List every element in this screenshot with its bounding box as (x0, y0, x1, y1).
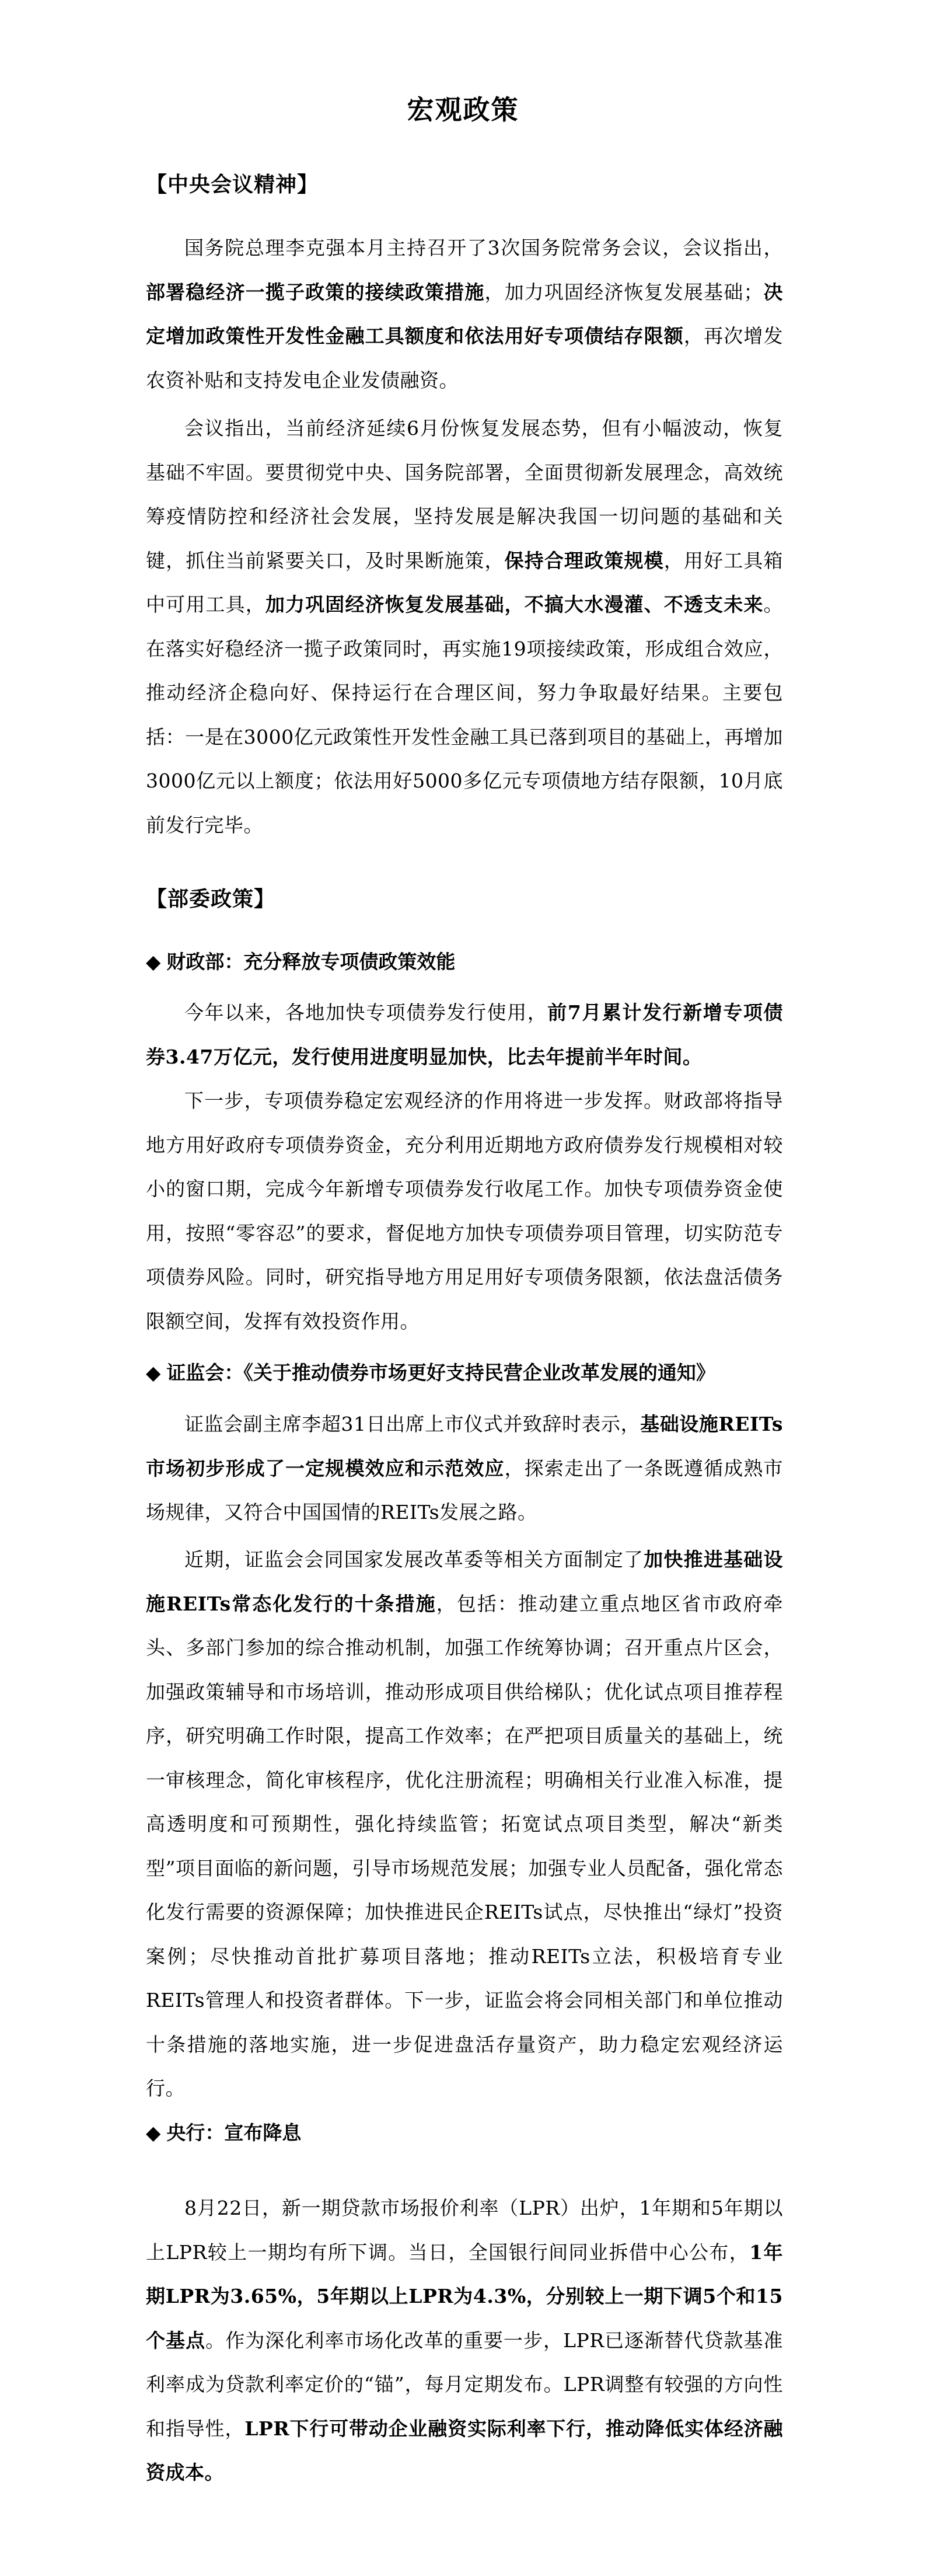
paragraph-csrc-1: 证监会副主席李超31日出席上市仪式并致辞时表示，基础设施REITs市场初步形成了… (146, 1402, 783, 1535)
item-heading-central-bank: ◆央行：宣布降息 (146, 2118, 301, 2145)
item-heading-csrc: ◆证监会：《关于推动债券市场更好支持民营企业改革发展的通知》 (146, 1358, 715, 1385)
text-segment: 8月22日，新一期贷款市场报价利率（LPR）出炉，1年期和5年期以上LPR较上一… (146, 2197, 783, 2264)
text-segment: 下一步，专项债券稳定宏观经济的作用将进一步发挥。财政部将指导地方用好政府专项债券… (146, 1089, 783, 1333)
page-title: 宏观政策 (146, 89, 780, 127)
diamond-bullet-icon: ◆ (146, 1361, 160, 1384)
text-segment: 近期，证监会会同国家发展改革委等相关方面制定了 (184, 1548, 644, 1571)
paragraph-mof-1: 今年以来，各地加快专项债券发行使用，前7月累计发行新增专项债券3.47万亿元，发… (146, 991, 783, 1079)
diamond-bullet-icon: ◆ (146, 950, 160, 973)
paragraph-central-meeting-2: 会议指出，当前经济延续6月份恢复发展态势，但有小幅波动，恢复基础不牢固。要贯彻党… (146, 406, 783, 847)
diamond-bullet-icon: ◆ (146, 2121, 160, 2144)
text-segment: ，加力巩固经济恢复发展基础； (484, 281, 763, 304)
text-segment-bold: 加力巩固经济恢复发展基础，不搞大水漫灌、不透支未来 (265, 593, 764, 616)
section-heading-ministry-policy: 【部委政策】 (146, 883, 275, 912)
text-segment: 今年以来，各地加快专项债券发行使用， (184, 1001, 547, 1024)
text-segment: 。在落实好稳经济一揽子政策同时，再实施19项接续政策，形成组合效应，推动经济企稳… (146, 593, 783, 836)
text-segment-bold: 保持合理政策规模 (505, 549, 664, 572)
text-segment-bold: 部署稳经济一揽子政策的接续政策措施 (146, 281, 484, 304)
text-segment: 证监会副主席李超31日出席上市仪式并致辞时表示， (184, 1413, 640, 1435)
item-title: 证监会：《关于推动债券市场更好支持民营企业改革发展的通知》 (166, 1361, 715, 1384)
section-heading-central-meeting: 【中央会议精神】 (146, 168, 319, 198)
paragraph-mof-2: 下一步，专项债券稳定宏观经济的作用将进一步发挥。财政部将指导地方用好政府专项债券… (146, 1079, 783, 1343)
text-segment: ，包括：推动建立重点地区省市政府牵头、多部门参加的综合推动机制，加强工作统筹协调… (146, 1592, 783, 2100)
paragraph-central-bank-1: 8月22日，新一期贷款市场报价利率（LPR）出炉，1年期和5年期以上LPR较上一… (146, 2186, 783, 2495)
paragraph-csrc-2: 近期，证监会会同国家发展改革委等相关方面制定了加快推进基础设施REITs常态化发… (146, 1538, 783, 2111)
item-title: 央行：宣布降息 (166, 2121, 301, 2144)
paragraph-central-meeting-1: 国务院总理李克强本月主持召开了3次国务院常务会议，会议指出，部署稳经济一揽子政策… (146, 226, 783, 402)
text-segment: 国务院总理李克强本月主持召开了3次国务院常务会议，会议指出， (184, 236, 783, 259)
item-heading-ministry-of-finance: ◆财政部：充分释放专项债政策效能 (146, 947, 455, 974)
item-title: 财政部：充分释放专项债政策效能 (166, 950, 455, 973)
